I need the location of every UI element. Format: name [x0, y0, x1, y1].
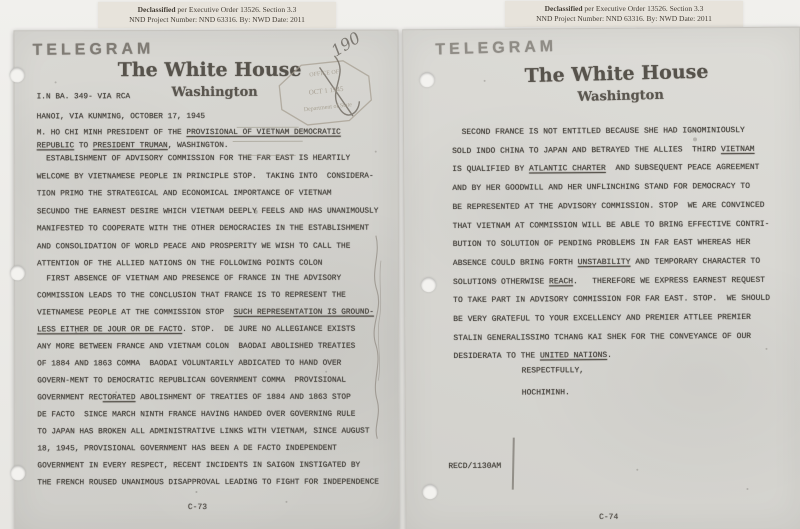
routing-lines: I.N BA. 349- VIA RCAHANOI, VIA KUNMING, … [37, 87, 206, 127]
faint-stamp-lines [241, 155, 296, 156]
handwritten-margin-note [365, 231, 387, 446]
declassification-line-2: NND Project Number: NND 63316. By: NWD D… [505, 14, 743, 24]
declassification-line-2: NND Project Number: NND 63316. By: NWD D… [98, 15, 336, 25]
declassification-order: per Executive Order 13526. Section 3.3 [583, 4, 704, 13]
punch-hole [422, 484, 437, 499]
closing-salutation: RESPECTFULLY, [522, 365, 585, 377]
declassified-word: Declassified [138, 5, 176, 14]
paper-specks [495, 280, 497, 282]
document-scan: Declassified per Executive Order 13526. … [0, 0, 800, 529]
signature: HOCHIMINH. [522, 387, 570, 399]
letterhead-subtitle: Washington [516, 86, 726, 106]
telegram-page-2: TELEGRAM The White House Washington SECO… [402, 27, 800, 529]
declassification-order: per Executive Order 13526. Section 3.3 [176, 5, 297, 14]
punch-hole [10, 67, 25, 82]
telegram-header: TELEGRAM [435, 38, 557, 59]
body-paragraph: SECOND FRANCE IS NOT ENTITLED BECAUSE SH… [452, 122, 771, 367]
paper-specks [75, 331, 77, 333]
received-note: RECD/1130AM [448, 462, 501, 471]
page-number: C-74 [579, 513, 639, 522]
punch-hole [10, 265, 25, 280]
declassification-line-1: Declassified per Executive Order 13526. … [505, 4, 743, 14]
faint-stamp-lines [233, 141, 303, 142]
telegram-header: TELEGRAM [32, 41, 154, 60]
body-paragraph-2: FIRST ABSENCE OF VIETNAM AND PRESENCE OF… [37, 271, 379, 493]
pen-mark [512, 438, 514, 490]
letterhead-title: The White House [511, 60, 721, 87]
declassification-stamp: Declassified per Executive Order 13526. … [98, 2, 336, 28]
telegram-page-1: TELEGRAM The White House Washington I.N … [13, 30, 399, 529]
punch-hole [10, 465, 25, 480]
body-paragraph-1: ESTABLISHMENT OF ADVISORY COMMISSION FOR… [37, 151, 379, 274]
declassification-line-1: Declassified per Executive Order 13526. … [98, 5, 336, 15]
declassification-stamp: Declassified per Executive Order 13526. … [505, 1, 743, 27]
declassified-word: Declassified [545, 4, 583, 13]
faint-stamp-lines [237, 127, 299, 128]
punch-hole [421, 277, 436, 292]
punch-hole [420, 72, 435, 87]
page-number: C-73 [167, 503, 227, 512]
